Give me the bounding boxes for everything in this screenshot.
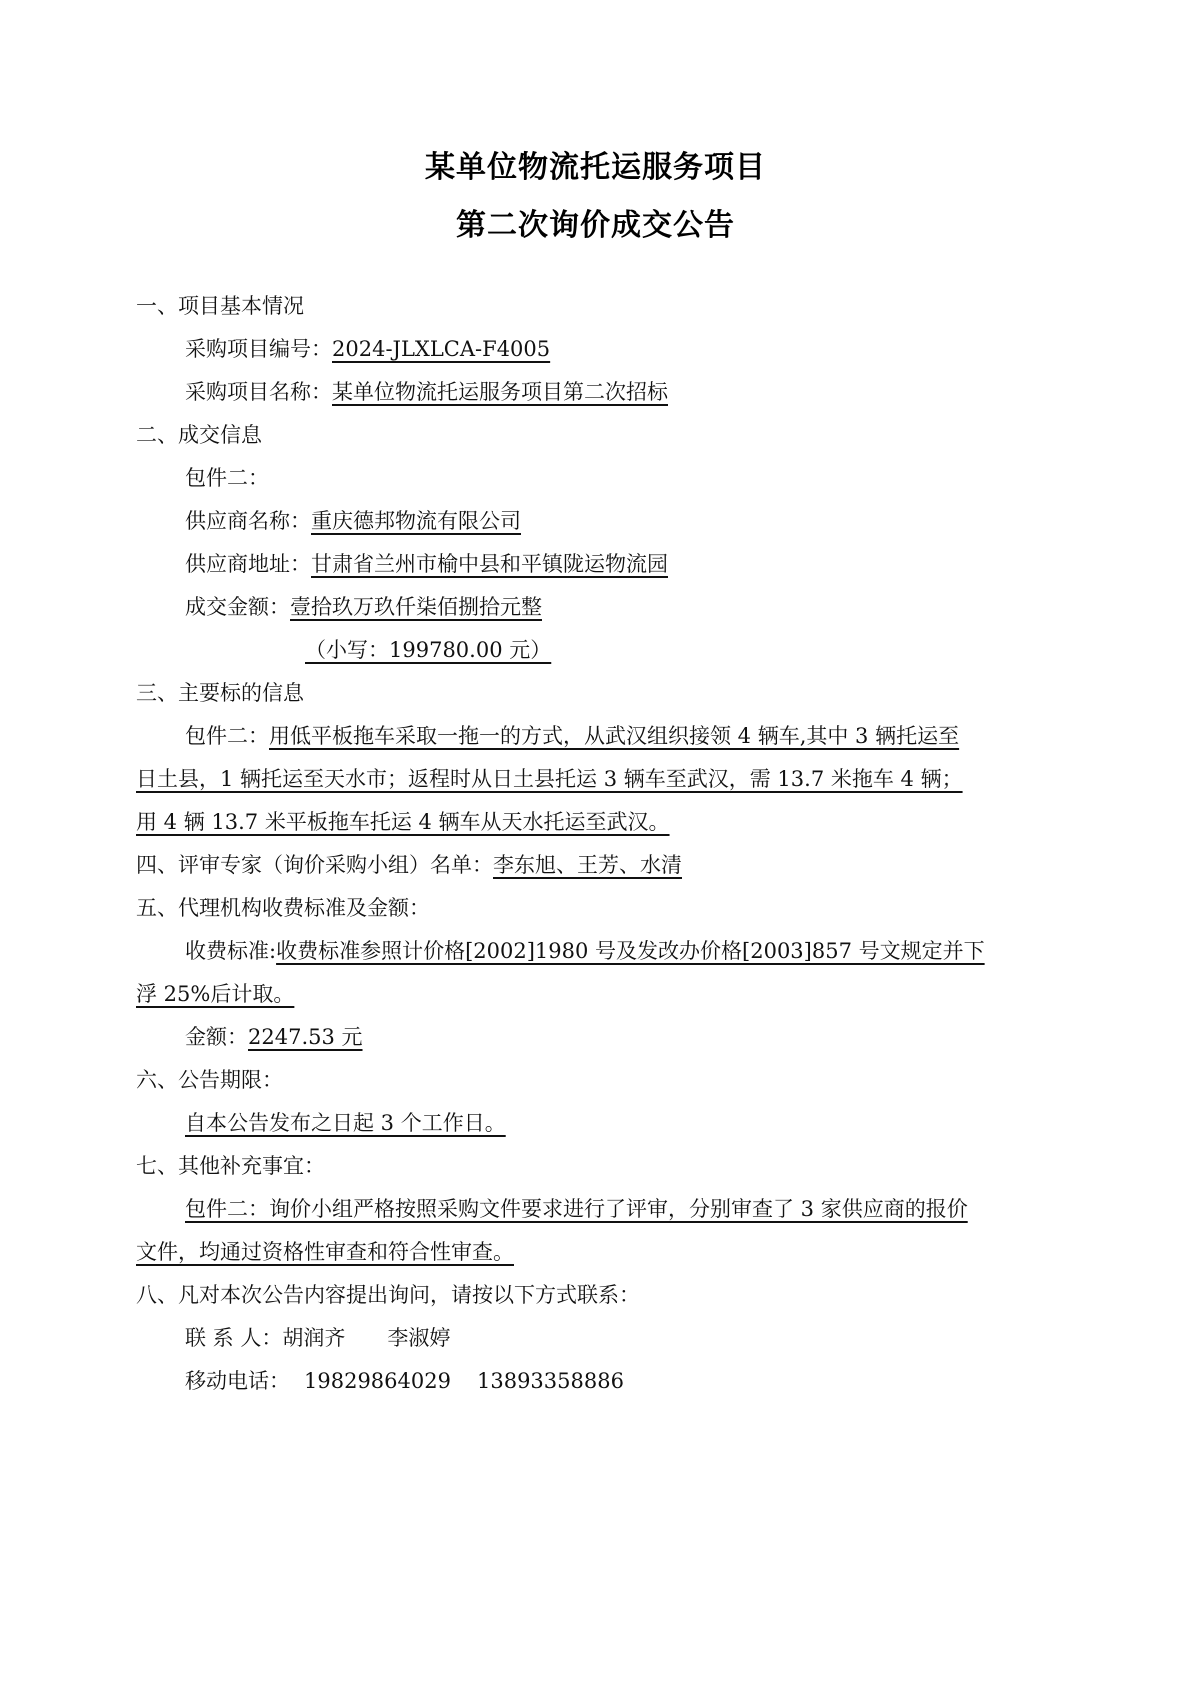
- project-number-label: 采购项目编号：: [185, 337, 332, 361]
- main-subject-content-line3: 用 4 辆 13.7 米平板拖车托运 4 辆车从天水托运至武汉。: [136, 810, 670, 834]
- mobile-phone-2: 13893358886: [477, 1369, 624, 1393]
- supplier-address-value: 甘肃省兰州市榆中县和平镇陇运物流园: [311, 552, 668, 576]
- project-number-value: 2024-JLXLCA-F4005: [332, 337, 550, 361]
- section-5-heading: 五、代理机构收费标准及金额：: [136, 893, 430, 923]
- main-subject-content-line2: 日土县，1 辆托运至天水市；返程时从日土县托运 3 辆车至武汉，需 13.7 米…: [136, 767, 963, 791]
- supplementary-content-line2: 文件，均通过资格性审查和符合性审查。: [136, 1240, 514, 1264]
- contact-person-2: 李淑婷: [387, 1326, 450, 1350]
- document-title-line2: 第二次询价成交公告: [0, 200, 1191, 244]
- main-subject-package-label: 包件二：: [185, 724, 269, 748]
- project-name-row: 采购项目名称：某单位物流托运服务项目第二次招标: [185, 377, 668, 407]
- fee-standard-label: 收费标准:: [185, 939, 276, 963]
- deal-amount-figures-row: （小写：199780.00 元）: [305, 635, 551, 665]
- mobile-phone-1: 19829864029: [304, 1369, 451, 1393]
- supplier-name-row: 供应商名称：重庆德邦物流有限公司: [185, 506, 521, 536]
- fee-amount-label: 金额：: [185, 1025, 248, 1049]
- fee-standard-content-line1: 收费标准参照计价格[2002]1980 号及发改办价格[2003]857 号文规…: [276, 939, 985, 963]
- fee-standard-content-line2: 浮 25%后计取。: [136, 982, 294, 1006]
- fee-standard-line1: 收费标准:收费标准参照计价格[2002]1980 号及发改办价格[2003]85…: [185, 936, 985, 966]
- deal-amount-words: 壹拾玖万玖仟柒佰捌拾元整: [290, 595, 542, 619]
- review-experts-list: 李东旭、王芳、水清: [493, 853, 682, 877]
- contact-person-label: 联 系 人：: [185, 1326, 282, 1350]
- fee-standard-line2: 浮 25%后计取。: [136, 979, 294, 1009]
- section-3-heading: 三、主要标的信息: [136, 678, 304, 708]
- project-name-value: 某单位物流托运服务项目第二次招标: [332, 380, 668, 404]
- main-subject-line2: 日土县，1 辆托运至天水市；返程时从日土县托运 3 辆车至武汉，需 13.7 米…: [136, 764, 963, 794]
- document-title-line1: 某单位物流托运服务项目: [0, 142, 1191, 186]
- section-8-heading: 八、凡对本次公告内容提出询问，请按以下方式联系：: [136, 1280, 640, 1310]
- section-2-heading: 二、成交信息: [136, 420, 262, 450]
- deal-amount-figures: （小写：199780.00 元）: [305, 638, 551, 662]
- deal-amount-label: 成交金额：: [185, 595, 290, 619]
- section-4-row: 四、评审专家（询价采购小组）名单：李东旭、王芳、水清: [136, 850, 682, 880]
- fee-amount-row: 金额：2247.53 元: [185, 1022, 363, 1052]
- supplementary-content-line1: 包件二：询价小组严格按照采购文件要求进行了评审，分别审查了 3 家供应商的报价: [185, 1197, 968, 1221]
- supplementary-line2: 文件，均通过资格性审查和符合性审查。: [136, 1237, 514, 1267]
- supplier-address-label: 供应商地址：: [185, 552, 311, 576]
- section-6-heading: 六、公告期限：: [136, 1065, 283, 1095]
- contact-person-1: 胡润齐: [282, 1326, 345, 1350]
- section-4-heading: 四、评审专家（询价采购小组）名单：: [136, 853, 493, 877]
- project-name-label: 采购项目名称：: [185, 380, 332, 404]
- project-number-row: 采购项目编号：2024-JLXLCA-F4005: [185, 334, 550, 364]
- package-label: 包件二：: [185, 463, 269, 493]
- contact-person-row: 联 系 人：胡润齐李淑婷: [185, 1323, 450, 1353]
- fee-amount-value: 2247.53 元: [248, 1025, 363, 1049]
- deal-amount-row: 成交金额：壹拾玖万玖仟柒佰捌拾元整: [185, 592, 542, 622]
- supplier-address-row: 供应商地址：甘肃省兰州市榆中县和平镇陇运物流园: [185, 549, 668, 579]
- announcement-period-content: 自本公告发布之日起 3 个工作日。: [185, 1111, 506, 1135]
- supplier-name-label: 供应商名称：: [185, 509, 311, 533]
- supplier-name-value: 重庆德邦物流有限公司: [311, 509, 521, 533]
- supplementary-line1: 包件二：询价小组严格按照采购文件要求进行了评审，分别审查了 3 家供应商的报价: [185, 1194, 968, 1224]
- mobile-phone-row: 移动电话：1982986402913893358886: [185, 1366, 624, 1396]
- section-1-heading: 一、项目基本情况: [136, 291, 304, 321]
- section-7-heading: 七、其他补充事宜：: [136, 1151, 325, 1181]
- main-subject-content-line1: 用低平板拖车采取一拖一的方式，从武汉组织接领 4 辆车,其中 3 辆托运至: [269, 724, 959, 748]
- mobile-phone-label: 移动电话：: [185, 1369, 290, 1393]
- main-subject-line3: 用 4 辆 13.7 米平板拖车托运 4 辆车从天水托运至武汉。: [136, 807, 670, 837]
- main-subject-line1: 包件二：用低平板拖车采取一拖一的方式，从武汉组织接领 4 辆车,其中 3 辆托运…: [185, 721, 959, 751]
- announcement-period-row: 自本公告发布之日起 3 个工作日。: [185, 1108, 506, 1138]
